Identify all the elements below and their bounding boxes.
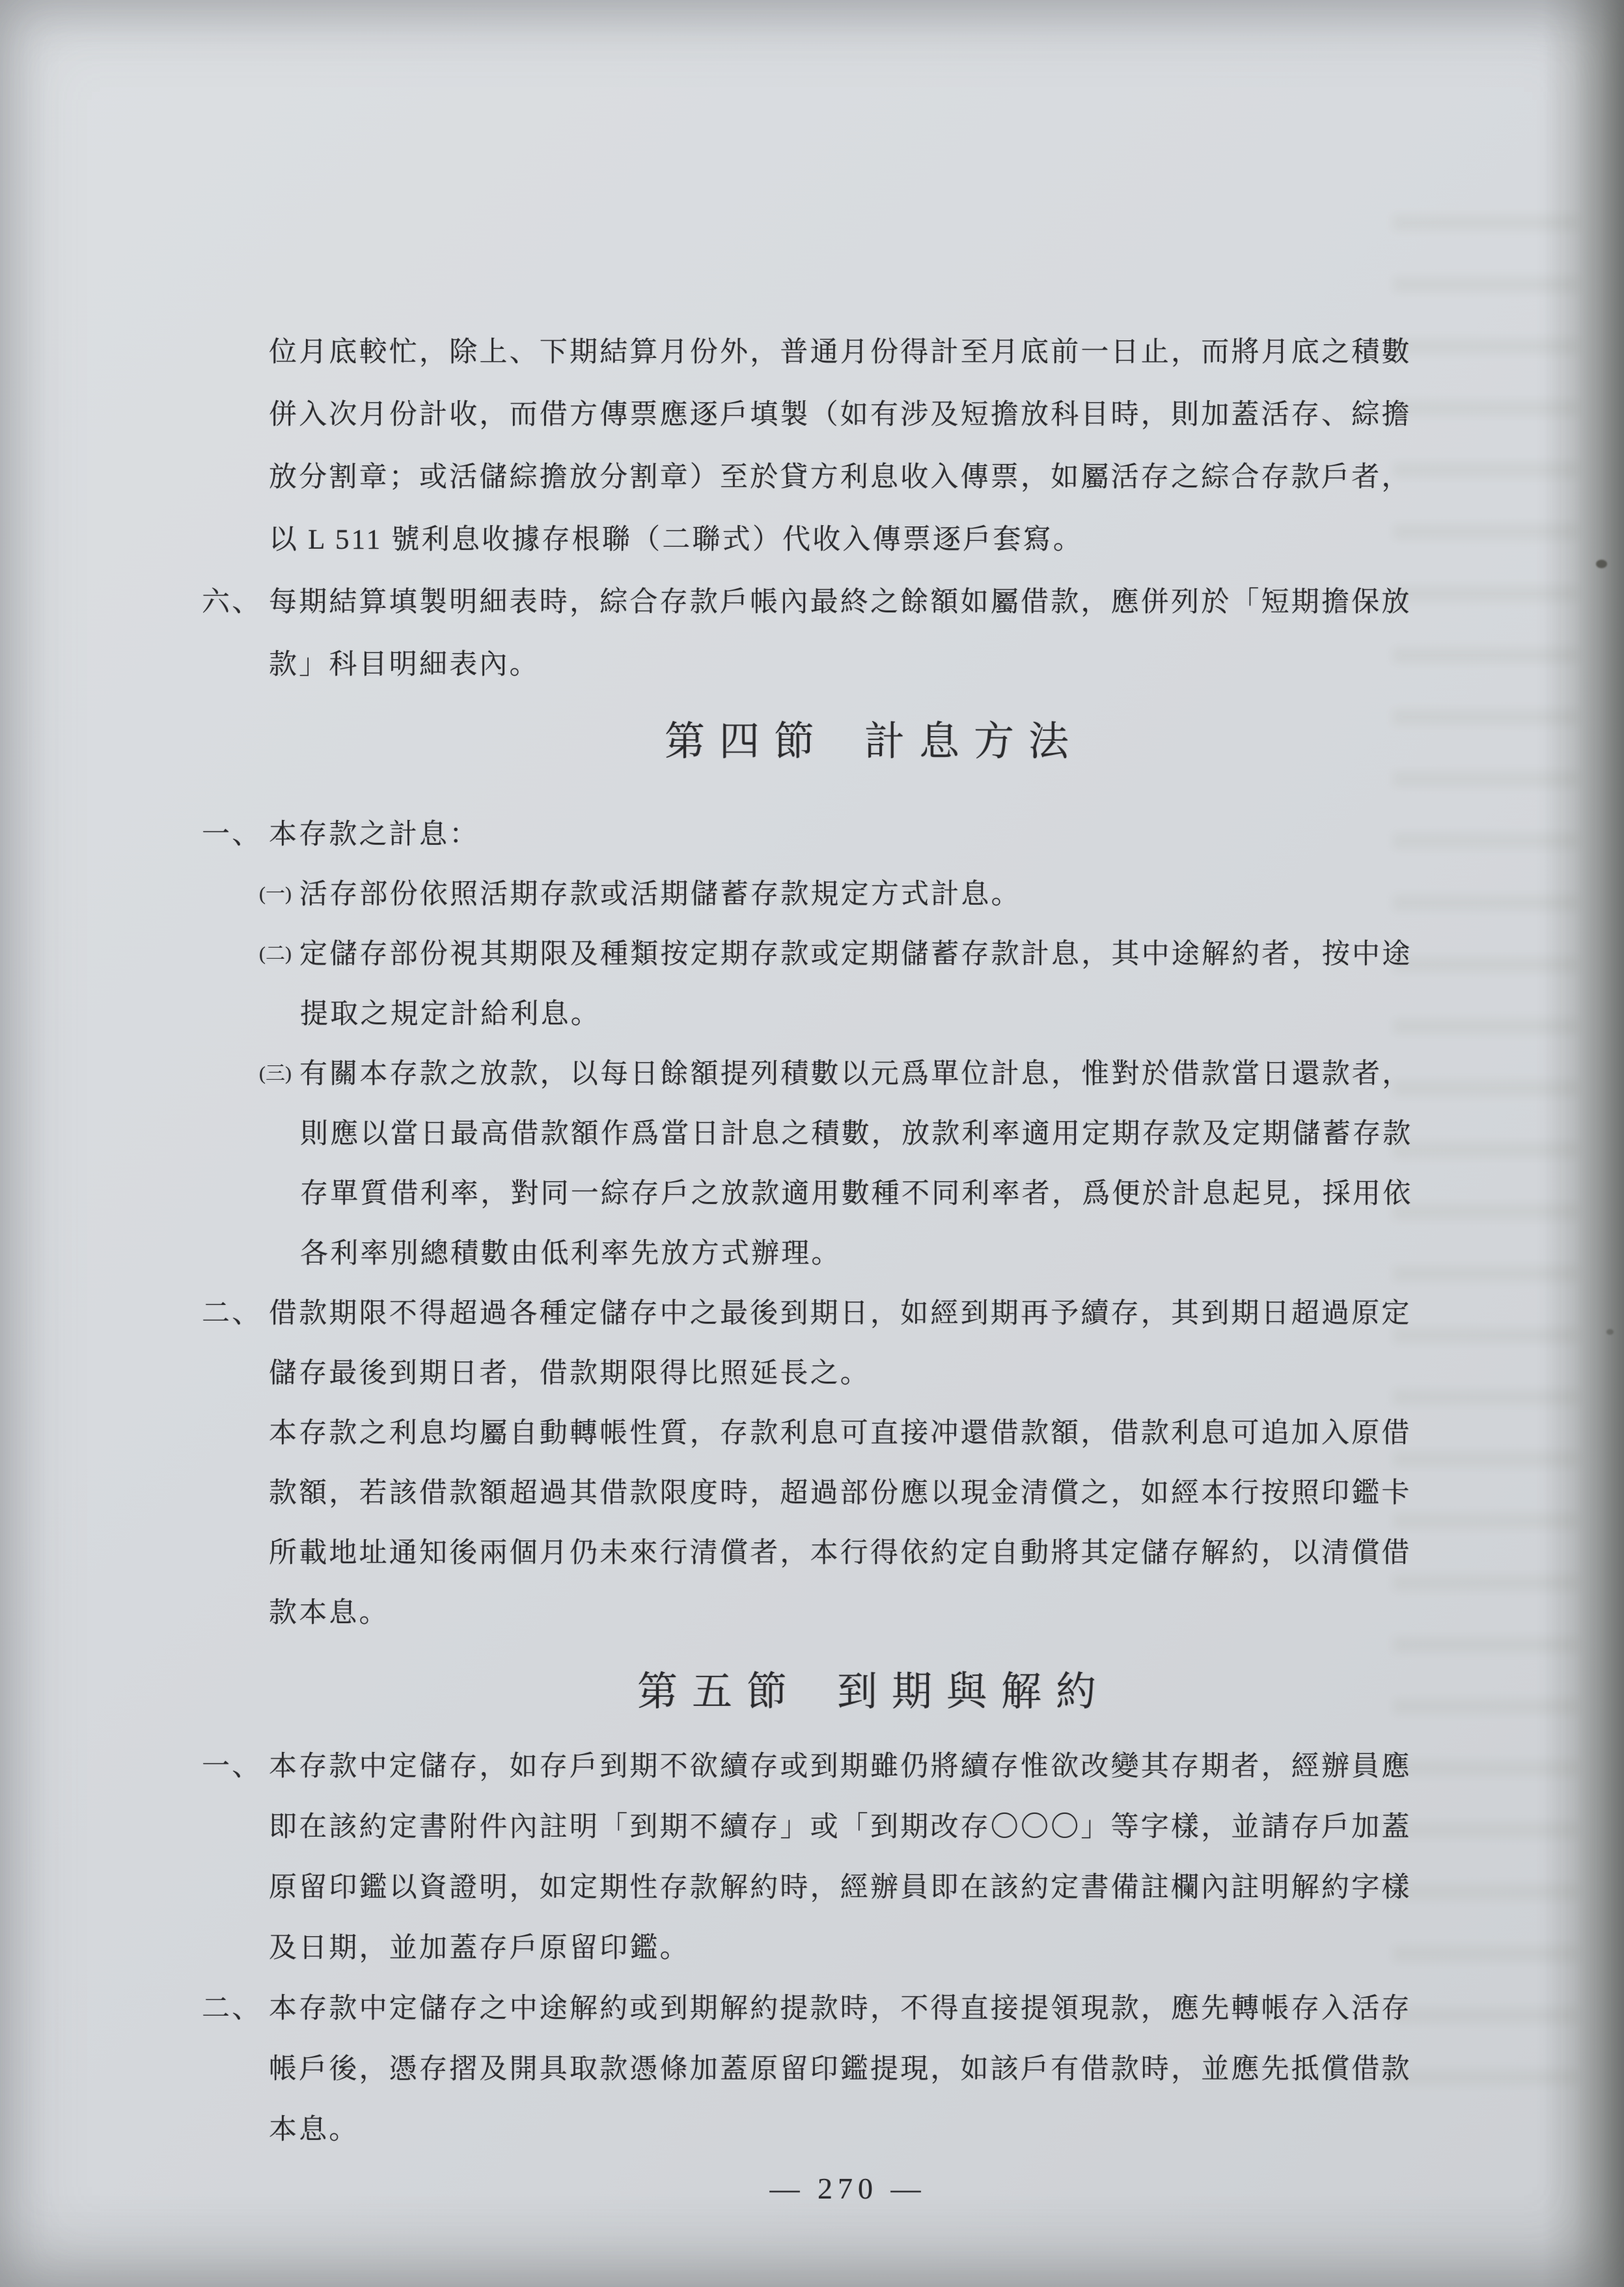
s4-sub-two-line: 提取之規定計給利息。 [300,981,1624,1041]
s4-item-one-line: 一、本存款之計息： [202,802,1624,862]
s4-item-one-marker: 一、 [202,812,269,852]
s4-sub-one-marker: (一) [259,877,299,906]
s4-sub-three-text: 有關本存款之放款，以每日餘額提列積數以元爲單位計息，惟對於借款當日還款者， [299,1052,1412,1091]
section-five-heading: 第五節到期與解約 [62,1660,1624,1725]
s4-item-two-marker: 二、 [202,1291,269,1331]
s5-item-one-text: 本存款中定儲存，如存戶到期不欲續存或到期雖仍將續存惟欲改變其存期者，經辦員應 [269,1744,1412,1784]
s4-sub-two-line: (二)定儲存部份視其期限及種類按定期存款或定期儲蓄存款計息，其中途解約者，按中途 [259,922,1624,981]
page-number: — 270 — [36,2169,1624,2208]
s4-sub-two-text: 定儲存部份視其期限及種類按定期存款或定期儲蓄存款計息，其中途解約者，按中途 [299,932,1412,972]
s5-item-one-marker: 一、 [202,1744,269,1784]
paper-speck [1606,1329,1614,1335]
s5-item-one-line: 原留印鑑以資證明，如定期性存款解約時，經辦員即在該約定書備註欄內註明解約字樣 [269,1855,1624,1915]
s4-sub-three-line: 存單質借利率，對同一綜存戶之放款適用數種不同利率者，爲便於計息起見，採用依 [300,1161,1624,1221]
s4-item-two-line: 二、借款期限不得超過各種定儲存中之最後到期日，如經到期再予續存，其到期日超過原定 [202,1281,1624,1341]
item-six-text: 每期結算填製明細表時，綜合存款戶帳內最終之餘額如屬借款，應併列於「短期擔保放 [269,580,1412,620]
item-six-line: 款」科目明細表內。 [269,631,1624,693]
s4-sub-one-line: (一)活存部份依照活期存款或活期儲蓄存款規定方式計息。 [259,862,1624,922]
scanned-document-page: 位月底較忙，除上、下期結算月份外，普通月份得計至月底前一日止，而將月底之積數 併… [0,0,1624,2287]
s4-sub-three-line: 則應以當日最高借款額作爲當日計息之積數，放款利率適用定期存款及定期儲蓄存款 [300,1101,1624,1161]
s5-item-two-line: 帳戶後，憑存摺及開具取款憑條加蓋原留印鑑提現，如該戶有借款時，並應先抵償借款 [269,2036,1624,2097]
s4-paragraph-line: 本存款之利息均屬自動轉帳性質，存款利息可直接冲還借款額，借款利息可追加入原借 [269,1401,1624,1460]
s4-item-two-text: 借款期限不得超過各種定儲存中之最後到期日，如經到期再予續存，其到期日超過原定 [269,1291,1412,1331]
section-four-title: 計息方法 [864,720,1083,764]
s4-paragraph-line: 款額，若該借款額超過其借款限度時，超過部份應以現金清償之，如經本行按照印鑑卡 [269,1460,1624,1520]
intro-line: 以 L 511 號利息收據存根聯（二聯式）代收入傳票逐戶套寫。 [269,506,1624,568]
intro-line: 放分割章；或活儲綜擔放分割章）至於貸方利息收入傳票，如屬活存之綜合存款戶者， [269,443,1624,506]
s4-item-one-text: 本存款之計息： [269,812,479,852]
s4-item-two-line: 儲存最後到期日者，借款期限得比照延長之。 [269,1341,1624,1401]
s5-item-two-line: 本息。 [269,2097,1624,2157]
s5-item-two-text: 本存款中定儲存之中途解約或到期解約提款時，不得直接提領現款，應先轉帳存入活存 [269,1986,1412,2026]
s4-sub-three-line: (三)有關本存款之放款，以每日餘額提列積數以元爲單位計息，惟對於借款當日還款者， [259,1041,1624,1101]
item-six-marker: 六、 [202,580,269,620]
s4-sub-one-text: 活存部份依照活期存款或活期儲蓄存款規定方式計息。 [299,872,1021,912]
intro-line: 位月底較忙，除上、下期結算月份外，普通月份得計至月底前一日止，而將月底之積數 [269,318,1624,381]
s5-item-one-line: 一、本存款中定儲存，如存戶到期不欲續存或到期雖仍將續存惟欲改變其存期者，經辦員應 [202,1734,1624,1794]
section-five-title: 到期與解約 [837,1670,1110,1714]
item-six-line: 六、每期結算填製明細表時，綜合存款戶帳內最終之餘額如屬借款，應併列於「短期擔保放 [202,568,1624,631]
section-four-heading: 第四節計息方法 [62,706,1624,778]
intro-line: 併入次月份計收，而借方傳票應逐戶填製（如有涉及短擔放科目時，則加蓋活存、綜擔 [269,381,1624,443]
section-four-number: 第四節 [665,720,829,764]
s4-paragraph-line: 所載地址通知後兩個月仍未來行清償者，本行得依約定自動將其定儲存解約，以清償借 [269,1520,1624,1580]
s5-item-one-line: 及日期，並加蓋存戶原留印鑑。 [269,1915,1624,1976]
s4-sub-two-marker: (二) [259,937,299,966]
s5-item-two-marker: 二、 [202,1986,269,2026]
scan-right-edge-shadow [1543,0,1624,2287]
page-content: 位月底較忙，除上、下期結算月份外，普通月份得計至月底前一日止，而將月底之積數 併… [0,0,1624,2208]
s5-item-two-line: 二、本存款中定儲存之中途解約或到期解約提款時，不得直接提領現款，應先轉帳存入活存 [202,1976,1624,2036]
paper-speck [1596,560,1607,568]
section-five-number: 第五節 [637,1670,801,1714]
s4-sub-three-marker: (三) [259,1057,299,1086]
s4-sub-three-line: 各利率別總積數由低利率先放方式辦理。 [300,1221,1624,1281]
s4-paragraph-line: 款本息。 [269,1580,1624,1640]
s5-item-one-line: 即在該約定書附件內註明「到期不續存」或「到期改存〇〇〇」等字樣，並請存戶加蓋 [269,1794,1624,1855]
